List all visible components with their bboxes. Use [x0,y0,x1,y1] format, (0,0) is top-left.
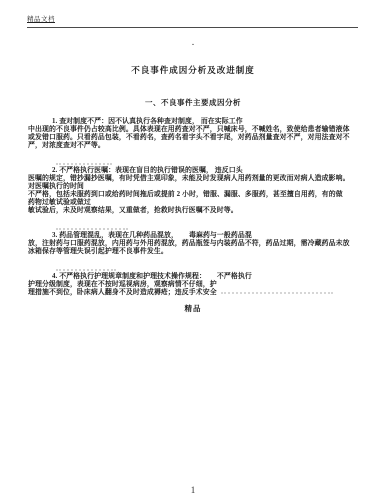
section-heading: 一、不良事件主要成因分析 [0,98,386,107]
scan-artifact-dots [56,152,359,156]
paragraph-1: 1. 查对制度不严：因不认真执行各种查对制度， 而在实际工作 中出现的不良事件仍… [28,118,359,150]
paragraph-2: 2. 不严格执行医嘱：表现在盲目的执行错误的医嘱， 违反口头 医嘱的规定，错抄漏… [28,167,359,215]
scan-artifact-dots [56,217,359,221]
text-line: 1. 查对制度不严：因不认真执行各种查对制度， 而在实际工作 [28,118,359,126]
page-number: 1 [0,485,386,495]
text-line: 不严格，包括未服药到口或给药时间拖后或提前 2 小时，错服、漏服、多服药，甚至擅… [28,191,359,199]
text-line: 3. 药品管理混乱，表现在几种药品混放， 毒麻药与一般药品混 [28,232,359,240]
document-page: 精品文档 . 不良事件成因分析及改进制度 一、不良事件主要成因分析 1. 查对制… [0,0,386,500]
text-line: 中出现的不良事件仍占较高比例。具体表现在用药查对不严，只喊床号，不喊姓名，致使给… [28,126,359,134]
text-line: 放，注射药与口服药混放，内用药与外用药混放，药品瓶签与内装药品不符，药品过期，需… [28,240,359,248]
header-label: 精品文档 [27,16,55,23]
text-line: 理措施不到位，卧床病人翻身不及时造成褥疮；违反手术安全 [28,289,359,297]
scan-artifact-dots [56,258,359,262]
document-body: 1. 查对制度不严：因不认真执行各种查对制度， 而在实际工作 中出现的不良事件仍… [28,118,359,297]
text-line: 或发错口服药。只看药品包装，不看药名，查药名看字头不看字尾，对药品剂量查对不严，… [28,134,359,142]
paragraph-4: 4. 不严格执行护理规章制度和护理技术操作规程： 不严格执行 护理分级制度，表现… [28,273,359,297]
text-line: 4. 不严格执行护理规章制度和护理技术操作规程： 不严格执行 [28,273,359,281]
text-line: 敏试验后，未及时观察结果，又重做者，抢救时执行医嘱不及时等。 [28,207,359,215]
text-line: 对医嘱执行的时间 [28,183,359,191]
scan-artifact-dots [221,291,333,294]
text-line-content: 理措施不到位，卧床病人翻身不及时造成褥疮；违反手术安全 [28,289,217,296]
page-header: 精品文档 [27,8,358,28]
text-line: 2. 不严格执行医嘱：表现在盲目的执行错误的医嘱， 违反口头 [28,167,359,175]
brand-watermark: 精品 [0,304,386,313]
paragraph-3: 3. 药品管理混乱，表现在几种药品混放， 毒麻药与一般药品混 放，注射药与口服药… [28,232,359,256]
document-title: 不良事件成因分析及改进制度 [0,65,386,75]
text-line: 药物过敏试验或做过 [28,199,359,207]
text-line: 医嘱的规定，错抄漏抄医嘱，有时凭借主观印象，未能及时发现病人用药剂量的更改而对病… [28,175,359,183]
text-line: 冰箱保存等管理失误引起护理不良事件发生。 [28,248,359,256]
text-line: 护理分级制度，表现在不按时巡视病房，观察病情不仔细，护 [28,281,359,289]
stray-period: . [0,39,386,47]
text-line: 严，对浓度查对不严等。 [28,142,359,150]
